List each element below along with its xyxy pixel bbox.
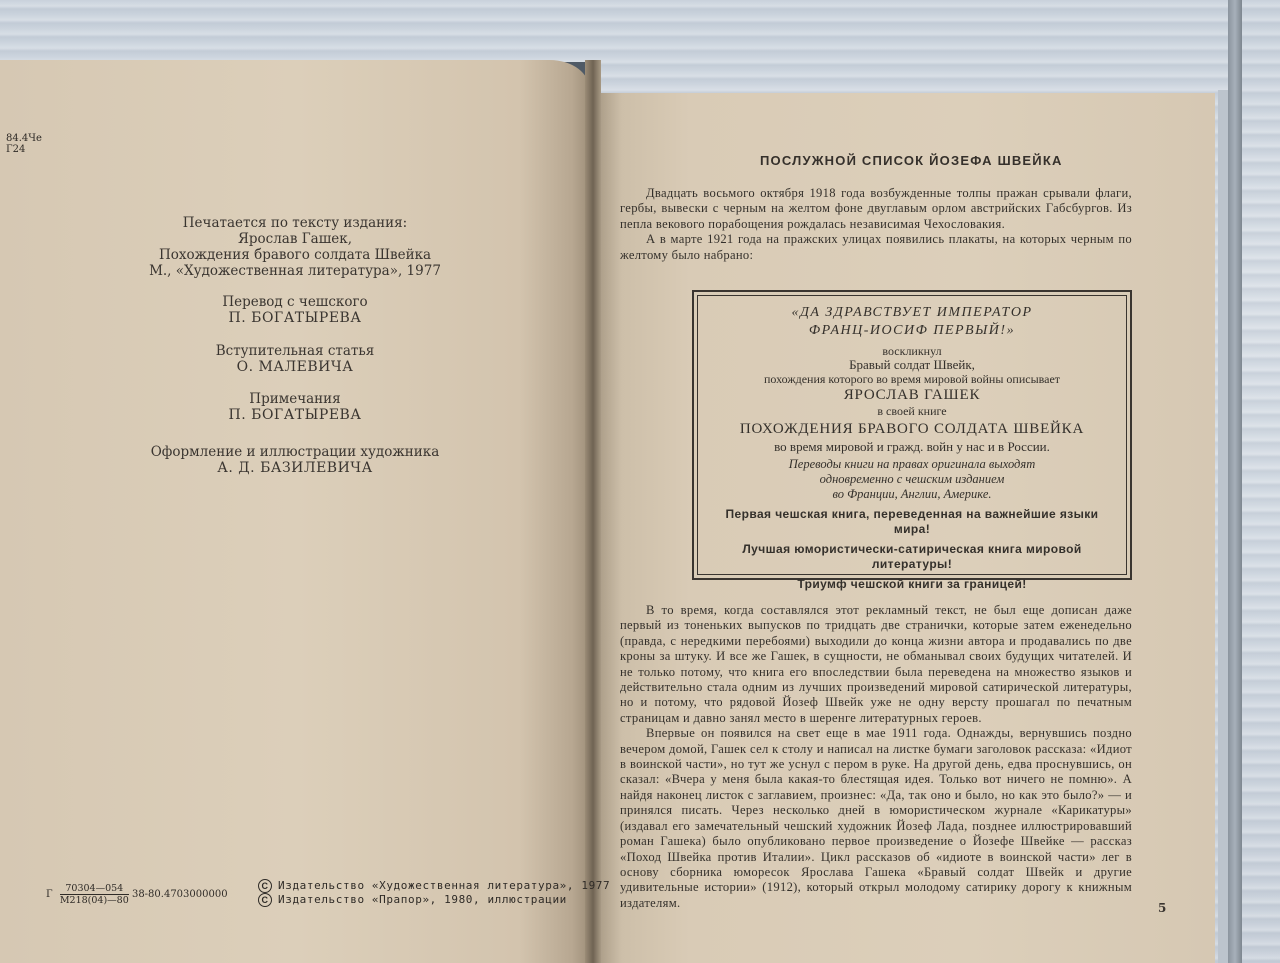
credit-role: Вступительная статья: [140, 343, 450, 359]
poster-bold: Триумф чешской книги за границей!: [694, 577, 1130, 592]
book-cover-right: [1228, 0, 1242, 963]
poster-text: во время мировой и гражд. войн у нас и в…: [694, 440, 1130, 454]
library-code-line-2: Г24: [6, 144, 42, 155]
imprint-code: Г 70304—054 М218(04)—80 38-80.4703000000: [46, 883, 228, 906]
credit-name: П. БОГАТЫРЕВА: [140, 310, 450, 326]
copyright-line: CИздательство «Прапор», 1980, иллюстраци…: [258, 893, 610, 907]
imprint-code-number: 38-80.4703000000: [132, 889, 228, 900]
advertisement-poster: «ДА ЗДРАВСТВУЕТ ИМПЕРАТОР ФРАНЦ-ИОСИФ ПЕ…: [692, 290, 1132, 580]
credit-name: П. БОГАТЫРЕВА: [140, 407, 450, 423]
copyright-icon: C: [258, 893, 272, 907]
copyright-text: Издательство «Прапор», 1980, иллюстрации: [278, 893, 567, 906]
paragraph: Впервые он появился на свет еще в мае 19…: [620, 726, 1132, 911]
poster-text: в своей книге: [694, 404, 1130, 418]
imprint-denominator: М218(04)—80: [60, 895, 129, 906]
credit-name: О. МАЛЕВИЧА: [140, 359, 450, 375]
poster-headline: «ДА ЗДРАВСТВУЕТ ИМПЕРАТОР: [694, 304, 1130, 322]
copyright-line: CИздательство «Художественная литература…: [258, 879, 610, 893]
paragraph: А в марте 1921 года на пражских улицах п…: [620, 232, 1132, 263]
poster-author: ЯРОСЛАВ ГАШЕК: [694, 386, 1130, 404]
source-edition-publisher: М., «Художественная литература», 1977: [140, 263, 450, 279]
source-edition-title: Похождения бравого солдата Швейка: [140, 247, 450, 263]
book-gutter: [585, 60, 601, 963]
copyright-notices: CИздательство «Художественная литература…: [258, 879, 610, 907]
credit-role: Перевод с чешского: [140, 294, 450, 310]
poster-book-title: ПОХОЖДЕНИЯ БРАВОГО СОЛДАТА ШВЕЙКА: [694, 420, 1130, 438]
page-number: 5: [1158, 901, 1166, 915]
copyright-icon: C: [258, 879, 272, 893]
credit-name: А. Д. БАЗИЛЕВИЧА: [140, 460, 450, 476]
library-code-line-1: 84.4Че: [6, 133, 42, 144]
poster-bold: мира!: [694, 522, 1130, 537]
paragraph: Двадцать восьмого октября 1918 года возб…: [620, 186, 1132, 232]
poster-italic: Переводы книги на правах оригинала выход…: [694, 457, 1130, 472]
poster-italic: одновременно с чешским изданием: [694, 472, 1130, 487]
source-edition-label: Печатается по тексту издания:: [140, 215, 450, 231]
poster-headline: ФРАНЦ-ИОСИФ ПЕРВЫЙ!»: [694, 322, 1130, 340]
poster-italic: во Франции, Англии, Америке.: [694, 487, 1130, 502]
body-text: В то время, когда составлялся этот рекла…: [620, 603, 1132, 911]
poster-text: Бравый солдат Швейк,: [694, 358, 1130, 372]
intro-text: Двадцать восьмого октября 1918 года возб…: [620, 186, 1132, 263]
library-code: 84.4Че Г24: [6, 133, 42, 155]
chapter-title: ПОСЛУЖНОЙ СПИСОК ЙОЗЕФА ШВЕЙКА: [760, 153, 1063, 168]
poster-bold: Первая чешская книга, переведенная на ва…: [694, 507, 1130, 522]
source-edition-author: Ярослав Гашек,: [140, 231, 450, 247]
left-page: [0, 60, 590, 963]
poster-text: похождения которого во время мировой вой…: [694, 372, 1130, 386]
credit-introduction: Вступительная статья О. МАЛЕВИЧА: [140, 343, 450, 375]
poster-bold: литературы!: [694, 557, 1130, 572]
source-edition: Печатается по тексту издания: Ярослав Га…: [140, 215, 450, 279]
poster-bold: Лучшая юмористически-сатирическая книга …: [694, 542, 1130, 557]
copyright-text: Издательство «Художественная литература»…: [278, 879, 610, 892]
paragraph: В то время, когда составлялся этот рекла…: [620, 603, 1132, 726]
credit-notes: Примечания П. БОГАТЫРЕВА: [140, 391, 450, 423]
imprint-numerator: 70304—054: [60, 883, 129, 895]
imprint-fraction: 70304—054 М218(04)—80: [60, 883, 129, 906]
book-cover-right-inner: [1218, 90, 1228, 963]
imprint-prefix: Г: [46, 889, 53, 900]
credit-role: Оформление и иллюстрации художника: [140, 444, 450, 460]
credit-translation: Перевод с чешского П. БОГАТЫРЕВА: [140, 294, 450, 326]
poster-text: воскликнул: [694, 344, 1130, 358]
credit-role: Примечания: [140, 391, 450, 407]
credit-illustrations: Оформление и иллюстрации художника А. Д.…: [140, 444, 450, 476]
